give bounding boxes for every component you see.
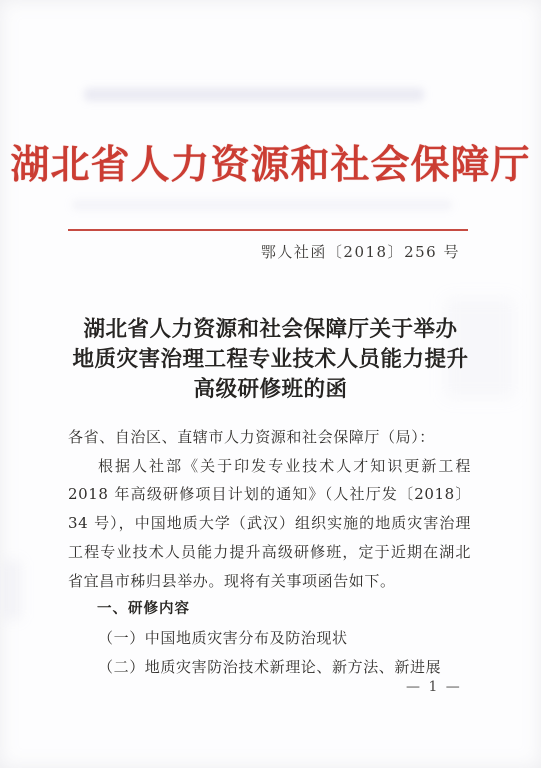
document-title-line-2: 地质灾害治理工程专业技术人员能力提升: [40, 345, 501, 375]
intro-paragraph: 根据人社部《关于印发专业技术人才知识更新工程 2018 年高级研修项目计划的通知…: [68, 452, 471, 596]
document-body: 各省、自治区、直辖市人力资源和社会保障厅（局）： 根据人社部《关于印发专业技术人…: [68, 423, 471, 681]
letterhead-divider-rule: [68, 229, 468, 231]
section-1-item-2: （二）地质灾害防治技术新理论、新方法、新进展: [68, 653, 471, 682]
section-1-item-1: （一）中国地质灾害分布及防治现状: [68, 624, 471, 653]
document-reference-number: 鄂人社函〔2018〕256 号: [68, 241, 460, 262]
bleed-through-artifact: [84, 88, 424, 101]
bleed-through-artifact: [72, 200, 452, 210]
document-title-line-1: 湖北省人力资源和社会保障厅关于举办: [40, 315, 501, 345]
salutation-line: 各省、自治区、直辖市人力资源和社会保障厅（局）：: [68, 423, 471, 452]
document-title: 湖北省人力资源和社会保障厅关于举办 地质灾害治理工程专业技术人员能力提升 高级研…: [40, 315, 501, 405]
scan-edge-artifact: [4, 560, 22, 620]
document-title-line-3: 高级研修班的函: [40, 375, 501, 405]
section-1-heading: 一、研修内容: [68, 595, 471, 624]
agency-letterhead-title: 湖北省人力资源和社会保障厅: [0, 134, 541, 190]
scanned-document-page: 湖北省人力资源和社会保障厅 鄂人社函〔2018〕256 号 湖北省人力资源和社会…: [0, 0, 541, 768]
page-number: — 1 —: [406, 679, 462, 695]
